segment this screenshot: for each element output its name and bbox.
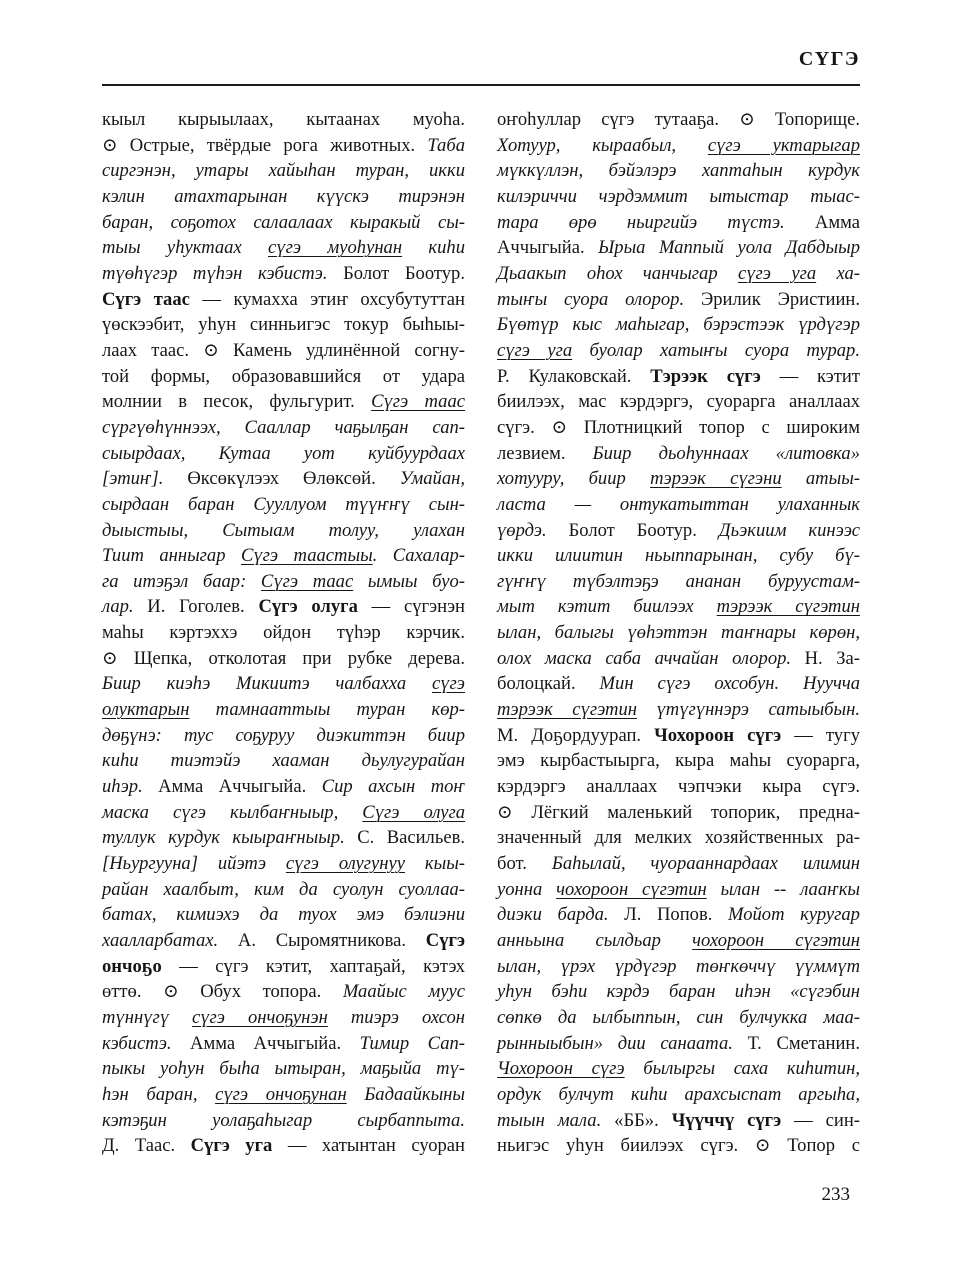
text-line: оҥоһуллар сүгэ тутааҕа. ⊙ Топорище.	[497, 107, 860, 133]
text-segment: Мин сүгэ охсобун. Нуучча	[600, 673, 860, 694]
text-segment: мүккүллэн, бэйэлэрэ хаптаһын курдук	[497, 160, 860, 181]
text-line: Дьаакып оһох чанчыгар сүгэ уга ха-	[497, 261, 860, 287]
text-segment: Т. Сметанин.	[733, 1033, 860, 1054]
text-segment: дөҕүнэ: тус соҕуруу диэкиттэн биир	[102, 725, 465, 746]
text-segment: тыҥы суора олорор.	[497, 289, 684, 310]
text-segment: лар.	[102, 596, 134, 617]
text-segment: Тиит анныгар	[102, 545, 241, 566]
text-segment: өттө. ⊙ Обух топора.	[102, 981, 343, 1002]
header-rule	[102, 84, 860, 86]
text-line: Хотуур, кыраабыл, сүгэ уктарыгар	[497, 133, 860, 159]
text-segment: райан хаалбыт, ким да суолун суоллаа-	[102, 879, 465, 900]
text-segment: Болот Боотур.	[328, 263, 465, 284]
text-segment: Баһылай, чуорааннардаах илимин	[552, 853, 860, 874]
text-segment: Умайан,	[400, 468, 465, 489]
text-columns: кыыл кырыылаах, кытаанах муоһа.⊙ Острые,…	[102, 107, 860, 1159]
text-segment: кэтэҕин уолаҕаһыгар сырбаппыта.	[102, 1110, 465, 1131]
text-segment: үөскээбит, уһун синньигэс токур быһыы-	[102, 314, 465, 335]
running-head: СҮГЭ	[102, 48, 860, 71]
text-segment: гүҥҥү түбэлтэҕэ ананан буруустам-	[497, 571, 860, 592]
text-line: Биир киэһэ Микиитэ чалбахха сүгэ	[102, 671, 465, 697]
text-line: хаалларбатах. А. Сыромятникова. Сүгэ	[102, 928, 465, 954]
text-line: той формы, образовавшийся от удара	[102, 364, 465, 390]
text-segment: маһы кэртэххэ ойдон түһэр кэрчик.	[102, 622, 465, 643]
text-segment: кэбистэ.	[102, 1033, 172, 1054]
text-segment: Эрилик Эристиин.	[684, 289, 860, 310]
text-segment: диэки барда.	[497, 904, 609, 925]
text-segment: икки илиитин ньыппарынан, субу бү-	[497, 545, 860, 566]
text-segment: ⊙ Лёгкий маленький топорик, предна-	[497, 802, 860, 823]
text-segment: болоцкай.	[497, 673, 600, 694]
text-segment: ньигэс уһун биилээх сүгэ. ⊙ Топор с	[497, 1135, 860, 1156]
text-segment: тамнааттыы туран көр-	[189, 699, 465, 720]
headword: Сүгэ уга	[191, 1135, 273, 1156]
text-segment: ха-	[816, 263, 860, 284]
text-segment: туллук курдук кыыраҥныыр.	[102, 827, 345, 848]
text-segment: той формы, образовавшийся от удара	[102, 366, 465, 387]
text-segment: түннүгү	[102, 1007, 192, 1028]
text-line: ылан, балыгы үөһэттэн таҥнары көрөн,	[497, 620, 860, 646]
text-segment: бот.	[497, 853, 552, 874]
text-segment: Ырыа Маппый уола Дабдыыр	[598, 237, 860, 258]
text-line: биилээх, мас кэрдэргэ, суорарга аналлаах	[497, 389, 860, 415]
text-segment: рынныыбын» дии санаата.	[497, 1033, 733, 1054]
text-segment: кэлин атахтарынан күүскэ тирэнэн	[102, 186, 465, 207]
cited-term: сүгэ уга	[497, 340, 572, 361]
text-segment: Болот Боотур.	[547, 520, 719, 541]
text-segment: тыы уһуктаах	[102, 237, 268, 258]
text-segment: Д. Таас.	[102, 1135, 191, 1156]
text-segment: Биир дьоһуннаах «литовка»	[593, 443, 860, 464]
text-segment: значенный для мелких хозяйственных ра-	[497, 827, 860, 848]
text-line: Сүгэ таас — кумахха этиҥ охсубутуттан	[102, 287, 465, 313]
text-segment: — хатынтан суоран	[272, 1135, 465, 1156]
text-segment: лаах таас. ⊙ Камень удлинённой согну-	[102, 340, 465, 361]
text-segment: былыргы саха киһитин,	[625, 1058, 860, 1079]
text-line: ⊙ Щепка, отколотая при рубке дерева.	[102, 646, 465, 672]
text-segment: И. Гоголев.	[134, 596, 259, 617]
text-line: килэриччи чэрдэммит ытыстар тыас-	[497, 184, 860, 210]
text-segment: лезвием.	[497, 443, 593, 464]
text-segment: анньына сылдьар	[497, 930, 692, 951]
text-segment: ⊙ Острые, твёрдые рога животных.	[102, 135, 427, 156]
headword: Чохороон сүгэ	[654, 725, 781, 746]
text-line: маһы кэртэххэ ойдон түһэр кэрчик.	[102, 620, 465, 646]
text-segment: тыын мала.	[497, 1110, 601, 1131]
text-line: баран, соҕотох салаалаах кыракый сы-	[102, 210, 465, 236]
text-line: лезвием. Биир дьоһуннаах «литовка»	[497, 441, 860, 467]
text-line: сөпкө да ылбыппын, син булчукка маа-	[497, 1005, 860, 1031]
text-segment: Таба	[427, 135, 465, 156]
text-segment: Хотуур, кыраабыл,	[497, 135, 708, 156]
text-line: һэн баран, сүгэ ончоҕунан Бадаайкыны	[102, 1082, 465, 1108]
text-segment: оҥоһуллар сүгэ тутааҕа. ⊙ Топорище.	[497, 109, 860, 130]
text-segment: ылан, үрэх үрдүгэр төҥкөччү үүммүт	[497, 956, 860, 977]
text-segment: баран, соҕотох салаалаах кыракый сы-	[102, 212, 465, 233]
headword: Сүгэ олуга	[258, 596, 357, 617]
text-segment: дыыстыы, Сытыам толуу, улахан	[102, 520, 465, 541]
text-segment: ⊙ Щепка, отколотая при рубке дерева.	[102, 648, 465, 669]
text-line: ⊙ Острые, твёрдые рога животных. Таба	[102, 133, 465, 159]
page-number: 233	[822, 1184, 851, 1206]
text-segment: Биир киэһэ Микиитэ чалбахха	[102, 673, 432, 694]
cited-term: олуктарын	[102, 699, 189, 720]
text-segment: сөпкө да ылбыппын, син булчукка маа-	[497, 1007, 860, 1028]
text-segment: — сүгэнэн	[358, 596, 465, 617]
text-line: диэки барда. Л. Попов. Мойот куругар	[497, 902, 860, 928]
cited-term: сүгэ уктарыгар	[708, 135, 860, 156]
left-column: кыыл кырыылаах, кытаанах муоһа.⊙ Острые,…	[102, 107, 465, 1159]
text-segment: Амма Аччыгыйа.	[172, 1033, 360, 1054]
text-segment: сиргэнэн, утары хайыһан туран, икки	[102, 160, 465, 181]
cited-term: сүгэ муоһунан	[268, 237, 402, 258]
text-line: уонна чохороон сүгэтин ылан -- лааҥкы	[497, 877, 860, 903]
text-segment: — тугу	[781, 725, 860, 746]
text-line: кэрдэргэ аналлаах чэпчэки кыра сүгэ.	[497, 774, 860, 800]
text-segment: буолар хатыҥы суора турар.	[572, 340, 860, 361]
text-segment: Бадаайкыны	[347, 1084, 465, 1105]
text-segment: Маайыс муус	[343, 981, 465, 1002]
text-line: значенный для мелких хозяйственных ра-	[497, 825, 860, 851]
text-segment: уһун бэһи кэрдэ баран иһэн «сүгэбин	[497, 981, 860, 1002]
text-segment: Л. Попов.	[609, 904, 728, 925]
text-segment: [этиҥ].	[102, 468, 163, 489]
text-line: кэтэҕин уолаҕаһыгар сырбаппыта.	[102, 1108, 465, 1134]
text-line: сыырдаах, Кутаа уот куйбуурдаах	[102, 441, 465, 467]
cited-term: Сүгэ олуга	[362, 802, 465, 823]
text-line: Аччыгыйа. Ырыа Маппый уола Дабдыыр	[497, 235, 860, 261]
text-segment: түөһүгэр түһэн кэбистэ.	[102, 263, 328, 284]
text-line: туллук курдук кыыраҥныыр. С. Васильев.	[102, 825, 465, 851]
text-line: пыкы уоһун быһа ытыран, маҕыйа тү-	[102, 1056, 465, 1082]
text-line: гүҥҥү түбэлтэҕэ ананан буруустам-	[497, 569, 860, 595]
text-line: мыт кэтит биилээх тэрээк сүгэтин	[497, 594, 860, 620]
text-line: ньигэс уһун биилээх сүгэ. ⊙ Топор с	[497, 1133, 860, 1159]
text-line: кэлин атахтарынан күүскэ тирэнэн	[102, 184, 465, 210]
cited-term: Сүгэ таас	[371, 391, 465, 412]
text-segment: батах, кимиэхэ да туох эмэ бэлиэни	[102, 904, 465, 925]
text-line: Тиит анныгар Сүгэ таастыы. Сахалар-	[102, 543, 465, 569]
text-segment: молнии в песок, фульгурит.	[102, 391, 371, 412]
headword: Сүгэ таас	[102, 289, 190, 310]
text-segment: га итэҕэл баар:	[102, 571, 261, 592]
cited-term: сүгэ уга	[738, 263, 816, 284]
text-segment: С. Васильев.	[345, 827, 465, 848]
text-segment: хотууру, биир	[497, 468, 650, 489]
text-line: ласта — онтукатыттан улаханнык	[497, 492, 860, 518]
text-line: сүгэ. ⊙ Плотницкий топор с широким	[497, 415, 860, 441]
text-segment: Тимир Сап-	[360, 1033, 465, 1054]
text-segment: Аччыгыйа.	[497, 237, 598, 258]
text-segment: үтүгүннэрэ сатыыбын.	[637, 699, 860, 720]
text-line: эмэ кырбастыырга, кыра маһы суорарга,	[497, 748, 860, 774]
text-line: болоцкай. Мин сүгэ охсобун. Нуучча	[497, 671, 860, 697]
text-line: тыҥы суора олорор. Эрилик Эристиин.	[497, 287, 860, 313]
text-line: М. Доҕордуурап. Чохороон сүгэ — тугу	[497, 723, 860, 749]
text-segment: тара өрө ньиргийэ түстэ.	[497, 212, 785, 233]
text-line: сүргүөһүннээх, Сааллар чаҕылҕан сап-	[102, 415, 465, 441]
text-segment: эмэ кырбастыырга, кыра маһы суорарга,	[497, 750, 860, 771]
text-line: мүккүллэн, бэйэлэрэ хаптаһын курдук	[497, 158, 860, 184]
text-segment: Р. Кулаковскай.	[497, 366, 650, 387]
text-line: үөскээбит, уһун синньигэс токур быһыы-	[102, 312, 465, 338]
text-segment: үөрдэ.	[497, 520, 547, 541]
text-segment: Дьэкиим кинээс	[719, 520, 860, 541]
text-line: сырдаан баран Сууллуом түүҥҥү сын-	[102, 492, 465, 518]
text-line: [этиҥ]. Өксөкүлээх Өлөксөй. Умайан,	[102, 466, 465, 492]
text-segment: кэрдэргэ аналлаах чэпчэки кыра сүгэ.	[497, 776, 860, 797]
text-line: иһэр. Амма Аччыгыйа. Сир ахсын тоҥ	[102, 774, 465, 800]
text-line: [Ньургууна] ийэтэ сүгэ олугунуу кыы-	[102, 851, 465, 877]
headword: Сүгэ	[426, 930, 465, 951]
cited-term: сүгэ ончоҕунан	[215, 1084, 347, 1105]
text-segment: ымыы буо-	[353, 571, 465, 592]
text-segment: Мойот куругар	[728, 904, 860, 925]
text-segment: Өксөкүлээх Өлөксөй.	[163, 468, 399, 489]
text-line: кыыл кырыылаах, кытаанах муоһа.	[102, 107, 465, 133]
text-line: лаах таас. ⊙ Камень удлинённой согну-	[102, 338, 465, 364]
text-line: маска сүгэ кылбаҥныыр, Сүгэ олуга	[102, 800, 465, 826]
text-line: түннүгү сүгэ ончоҕунэн тиэрэ охсон	[102, 1005, 465, 1031]
text-segment: Амма	[785, 212, 860, 233]
text-segment: пыкы уоһун быһа ытыран, маҕыйа тү-	[102, 1058, 465, 1079]
cited-term: Сүгэ таас	[261, 571, 353, 592]
text-segment: ылан, балыгы үөһэттэн таҥнары көрөн,	[497, 622, 860, 643]
text-segment: мыт кэтит биилээх	[497, 596, 717, 617]
cited-term: сүгэ ончоҕунэн	[192, 1007, 328, 1028]
text-segment: хаалларбатах.	[102, 930, 218, 951]
text-segment: тиэрэ охсон	[328, 1007, 465, 1028]
text-line: бот. Баһылай, чуорааннардаах илимин	[497, 851, 860, 877]
cited-term: тэрээк сүгэтин	[717, 596, 860, 617]
text-line: Д. Таас. Сүгэ уга — хатынтан суоран	[102, 1133, 465, 1159]
text-line: рынныыбын» дии санаата. Т. Сметанин.	[497, 1031, 860, 1057]
text-line: үөрдэ. Болот Боотур. Дьэкиим кинээс	[497, 518, 860, 544]
cited-term: тэрээк сүгэтин	[497, 699, 637, 720]
text-line: тыы уһуктаах сүгэ муоһунан киһи	[102, 235, 465, 261]
text-segment: . Сахалар-	[373, 545, 465, 566]
headword: Чүүччү сүгэ	[672, 1110, 781, 1131]
text-segment: ласта — онтукатыттан улаханнык	[497, 494, 860, 515]
cited-term: Сүгэ таастыы	[241, 545, 373, 566]
text-line: га итэҕэл баар: Сүгэ таас ымыы буо-	[102, 569, 465, 595]
cited-term: сүгэ олугунуу	[286, 853, 405, 874]
cited-term: сүгэ	[432, 673, 465, 694]
cited-term: чохороон сүгэтин	[692, 930, 860, 951]
text-line: өттө. ⊙ Обух топора. Маайыс муус	[102, 979, 465, 1005]
text-line: түөһүгэр түһэн кэбистэ. Болот Боотур.	[102, 261, 465, 287]
cited-term: Чохороон сүгэ	[497, 1058, 625, 1079]
dictionary-page: СҮГЭ кыыл кырыылаах, кытаанах муоһа.⊙ Ос…	[0, 0, 959, 1274]
text-segment: ордук булчут киһи арахсыспат аргыһа,	[497, 1084, 860, 1105]
text-segment: олох маска саба аччайан олорор.	[497, 648, 791, 669]
text-line: икки илиитин ньыппарынан, субу бү-	[497, 543, 860, 569]
text-line: ордук булчут киһи арахсыспат аргыһа,	[497, 1082, 860, 1108]
text-segment: Бүөтүр кыс маһыгар, бэрэстээк үрдүгэр	[497, 314, 860, 335]
text-line: хотууру, биир тэрээк сүгэни атыы-	[497, 466, 860, 492]
text-line: кэбистэ. Амма Аччыгыйа. Тимир Сап-	[102, 1031, 465, 1057]
text-line: ⊙ Лёгкий маленький топорик, предна-	[497, 800, 860, 826]
text-segment: киһи	[402, 237, 465, 258]
text-line: ылан, үрэх үрдүгэр төҥкөччү үүммүт	[497, 954, 860, 980]
text-line: Бүөтүр кыс маһыгар, бэрэстээк үрдүгэр	[497, 312, 860, 338]
text-line: киһи тиэтэйэ хааман дьулугурайан	[102, 748, 465, 774]
text-line: сүгэ уга буолар хатыҥы суора турар.	[497, 338, 860, 364]
text-line: батах, кимиэхэ да туох эмэ бэлиэни	[102, 902, 465, 928]
text-line: уһун бэһи кэрдэ баран иһэн «сүгэбин	[497, 979, 860, 1005]
cited-term: чохороон сүгэтин	[556, 879, 707, 900]
text-line: тэрээк сүгэтин үтүгүннэрэ сатыыбын.	[497, 697, 860, 723]
text-segment: сырдаан баран Сууллуом түүҥҥү сын-	[102, 494, 465, 515]
text-segment: М. Доҕордуурап.	[497, 725, 654, 746]
headword: Тэрээк сүгэ	[650, 366, 760, 387]
text-segment: кыыл кырыылаах, кытаанах муоһа.	[102, 109, 465, 130]
text-segment: биилээх, мас кэрдэргэ, суорарга аналлаах	[497, 391, 860, 412]
text-segment: [Ньургууна] ийэтэ	[102, 853, 286, 874]
right-column: оҥоһуллар сүгэ тутааҕа. ⊙ Топорище.Хотуу…	[497, 107, 860, 1159]
text-line: олох маска саба аччайан олорор. Н. За-	[497, 646, 860, 672]
text-segment: сүгэ. ⊙ Плотницкий топор с широким	[497, 417, 860, 438]
text-line: сиргэнэн, утары хайыһан туран, икки	[102, 158, 465, 184]
text-segment: кыы-	[405, 853, 465, 874]
text-line: молнии в песок, фульгурит. Сүгэ таас	[102, 389, 465, 415]
text-segment: уонна	[497, 879, 556, 900]
text-segment: — кэтит	[761, 366, 860, 387]
text-segment: — сүгэ кэтит, хаптаҕай, кэтэх	[162, 956, 465, 977]
text-segment: Амма Аччыгыйа.	[143, 776, 322, 797]
text-line: лар. И. Гоголев. Сүгэ олуга — сүгэнэн	[102, 594, 465, 620]
text-segment: ылан -- лааҥкы	[707, 879, 860, 900]
text-line: Р. Кулаковскай. Тэрээк сүгэ — кэтит	[497, 364, 860, 390]
text-line: олуктарын тамнааттыы туран көр-	[102, 697, 465, 723]
text-line: анньына сылдьар чохороон сүгэтин	[497, 928, 860, 954]
text-segment: «ББ».	[601, 1110, 671, 1131]
text-line: райан хаалбыт, ким да суолун суоллаа-	[102, 877, 465, 903]
text-line: дыыстыы, Сытыам толуу, улахан	[102, 518, 465, 544]
text-segment: киһи тиэтэйэ хааман дьулугурайан	[102, 750, 465, 771]
text-segment: атыы-	[782, 468, 860, 489]
text-segment: сүргүөһүннээх, Сааллар чаҕылҕан сап-	[102, 417, 465, 438]
text-line: тара өрө ньиргийэ түстэ. Амма	[497, 210, 860, 236]
text-segment: Сир ахсын тоҥ	[322, 776, 465, 797]
text-segment: сыырдаах, Кутаа уот куйбуурдаах	[102, 443, 465, 464]
text-segment: килэриччи чэрдэммит ытыстар тыас-	[497, 186, 860, 207]
text-line: Чохороон сүгэ былыргы саха киһитин,	[497, 1056, 860, 1082]
text-segment: А. Сыромятникова.	[218, 930, 426, 951]
text-line: дөҕүнэ: тус соҕуруу диэкиттэн биир	[102, 723, 465, 749]
text-segment: — кумахха этиҥ охсубутуттан	[190, 289, 465, 310]
text-line: тыын мала. «ББ». Чүүччү сүгэ — син-	[497, 1108, 860, 1134]
text-segment: — син-	[781, 1110, 860, 1131]
text-segment: Дьаакып оһох чанчыгар	[497, 263, 738, 284]
text-line: ончоҕо — сүгэ кэтит, хаптаҕай, кэтэх	[102, 954, 465, 980]
text-segment: маска сүгэ кылбаҥныыр,	[102, 802, 362, 823]
text-segment: һэн баран,	[102, 1084, 215, 1105]
cited-term: тэрээк сүгэни	[650, 468, 782, 489]
text-segment: Н. За-	[791, 648, 860, 669]
text-segment: иһэр.	[102, 776, 143, 797]
headword: ончоҕо	[102, 956, 162, 977]
